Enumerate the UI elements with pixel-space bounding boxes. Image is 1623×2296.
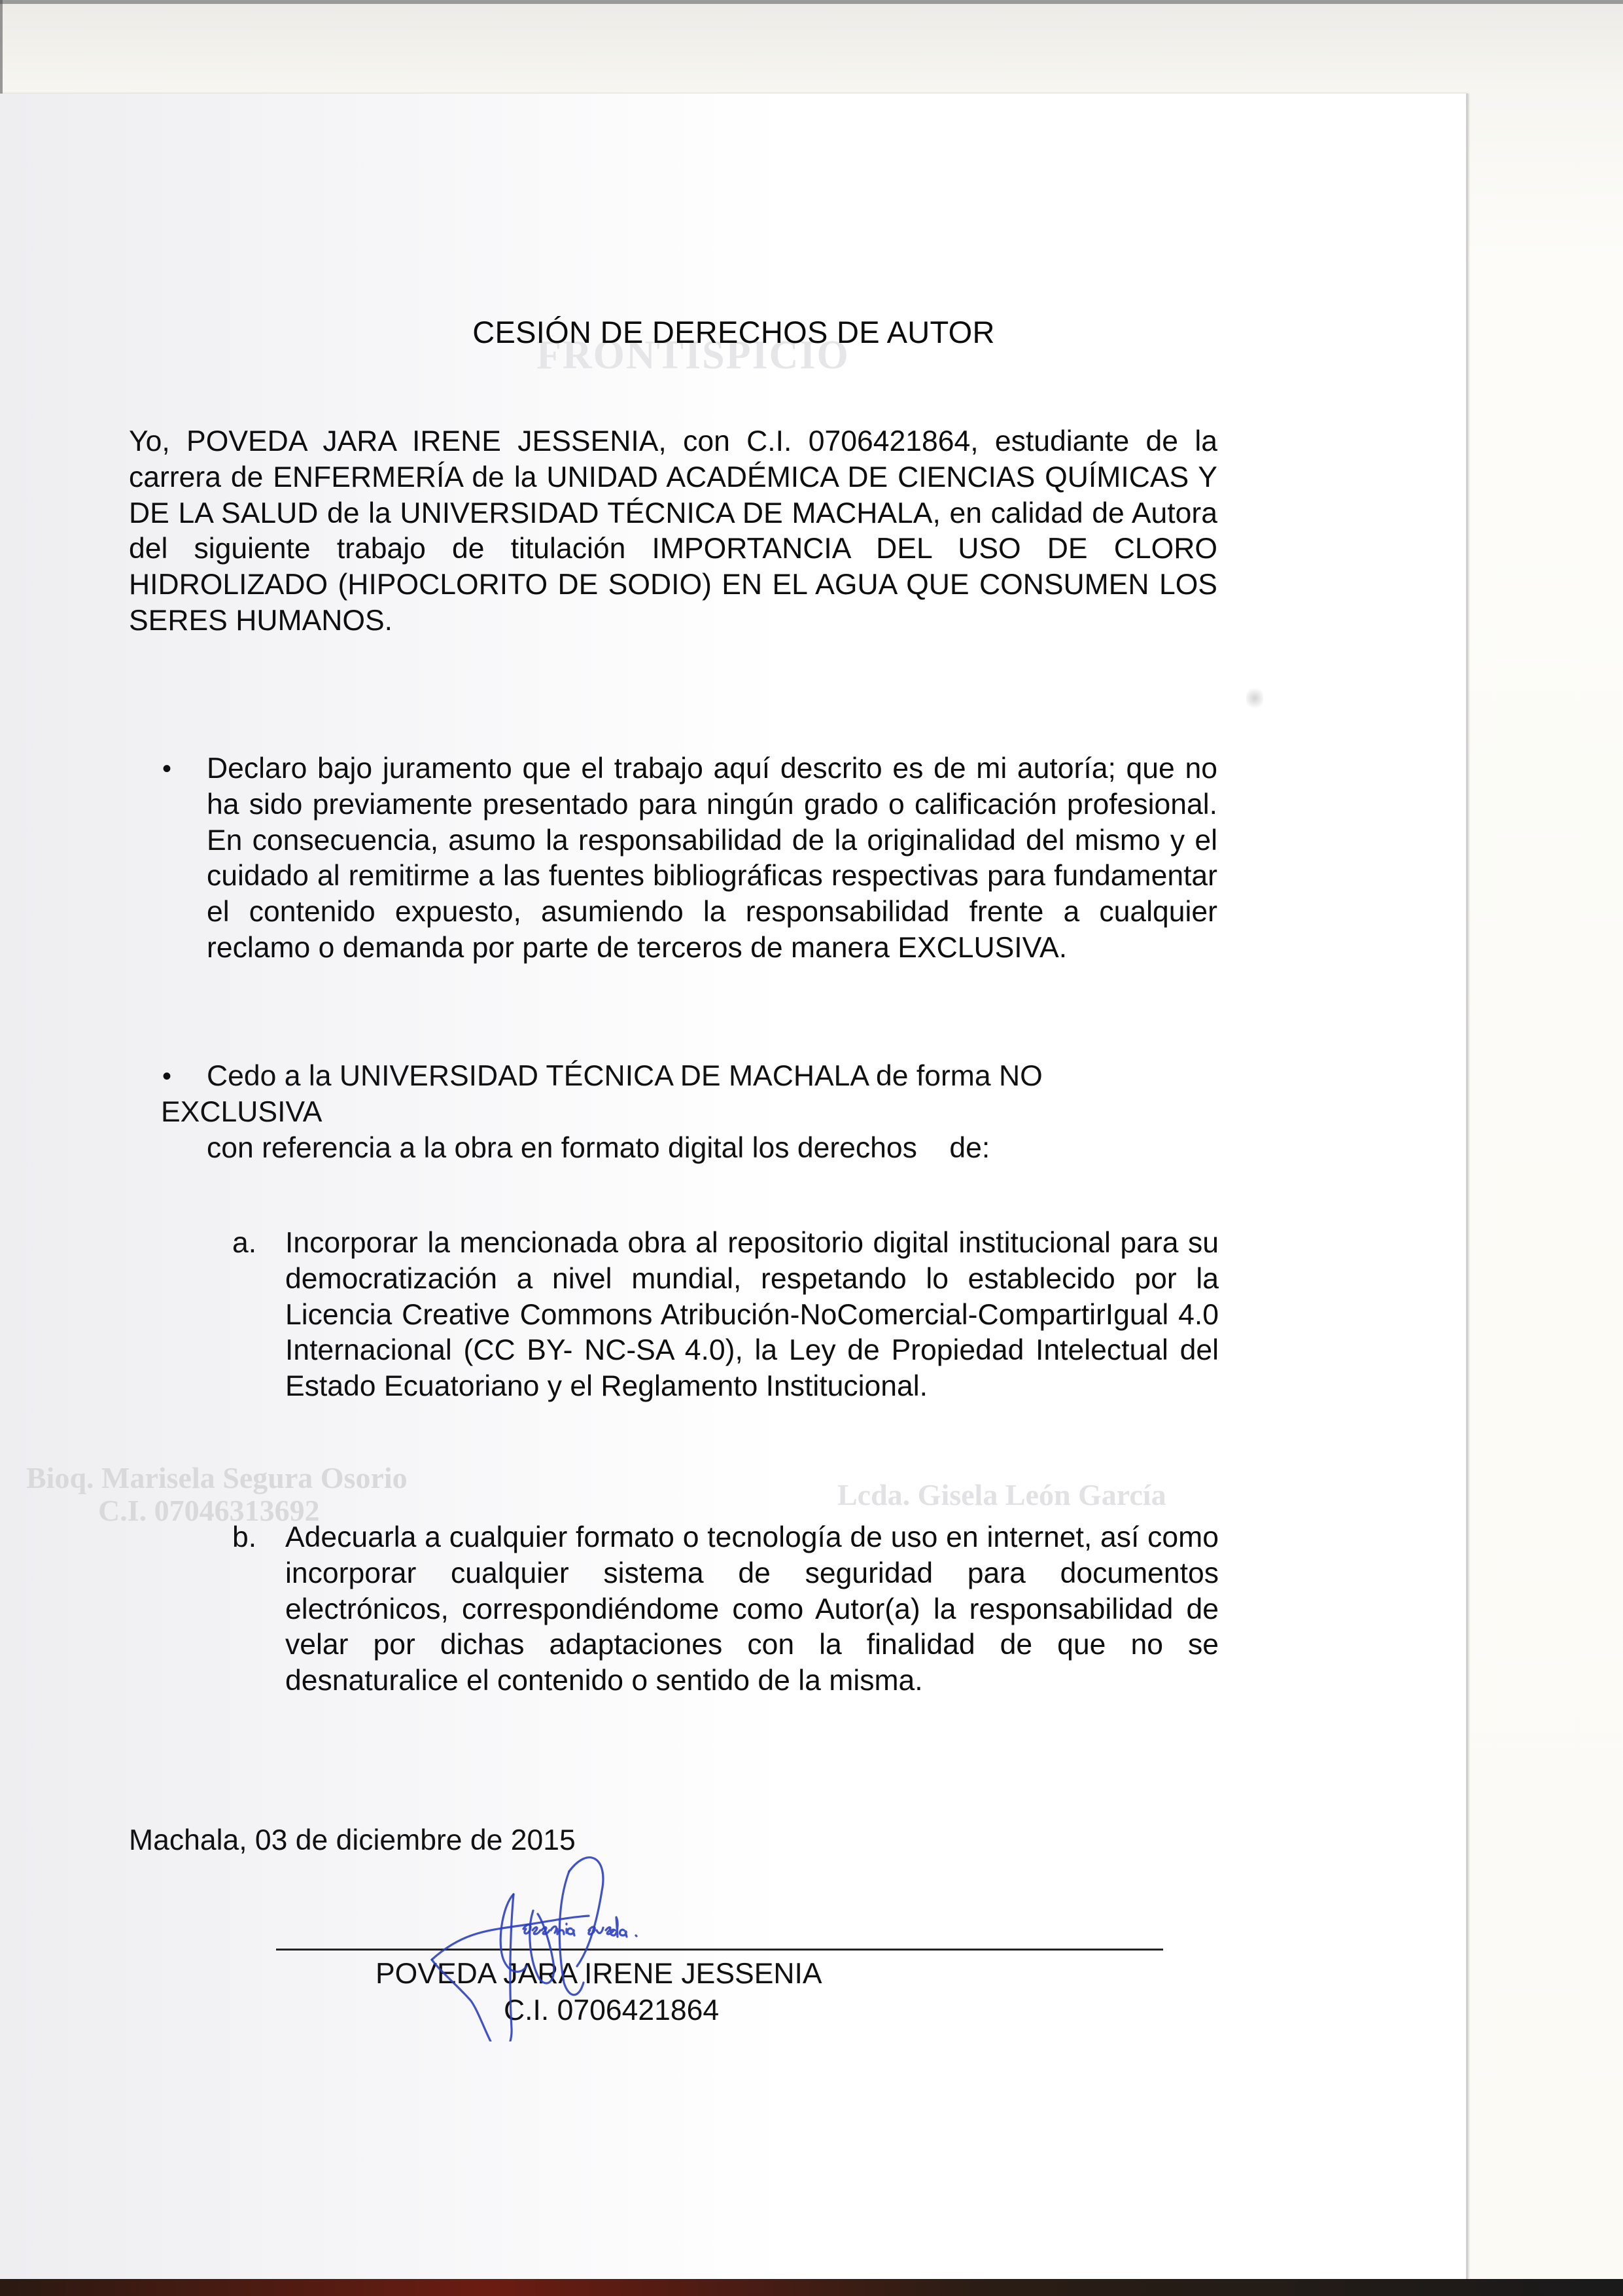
page-right-edge [1466, 94, 1468, 2279]
bullet-icon: • [162, 751, 171, 787]
handwritten-signature-icon [393, 1832, 733, 2041]
declaration-authorship: Declaro bajo juramento que el trabajo aq… [207, 751, 1217, 966]
list-marker-a: a. [232, 1226, 256, 1262]
document-page [0, 94, 1467, 2279]
right-item-b: Adecuarla a cualquier formato o tecnolog… [285, 1520, 1219, 1699]
scan-top-edge [0, 0, 1623, 4]
bullet-icon: • [162, 1059, 171, 1095]
document-title: CESIÓN DE DERECHOS DE AUTOR [0, 314, 1467, 350]
declaration-cession-line-1: Cedo a la UNIVERSIDAD TÉCNICA DE MACHALA… [207, 1059, 1043, 1095]
list-marker-b: b. [232, 1520, 256, 1556]
right-item-a: Incorporar la mencionada obra al reposit… [285, 1226, 1219, 1405]
show-through-left-signer: Bioq. Marisela Segura Osorio [26, 1460, 408, 1495]
show-through-right-signer: Lcda. Gisela León García [837, 1477, 1166, 1512]
paper-speck [1246, 686, 1263, 711]
intro-paragraph: Yo, POVEDA JARA IRENE JESSENIA, con C.I.… [129, 424, 1217, 639]
declaration-cession-line-2: EXCLUSIVA [161, 1095, 323, 1131]
scan-bottom-edge [0, 2279, 1623, 2296]
declaration-cession-line-3: con referencia a la obra en formato digi… [207, 1131, 990, 1167]
